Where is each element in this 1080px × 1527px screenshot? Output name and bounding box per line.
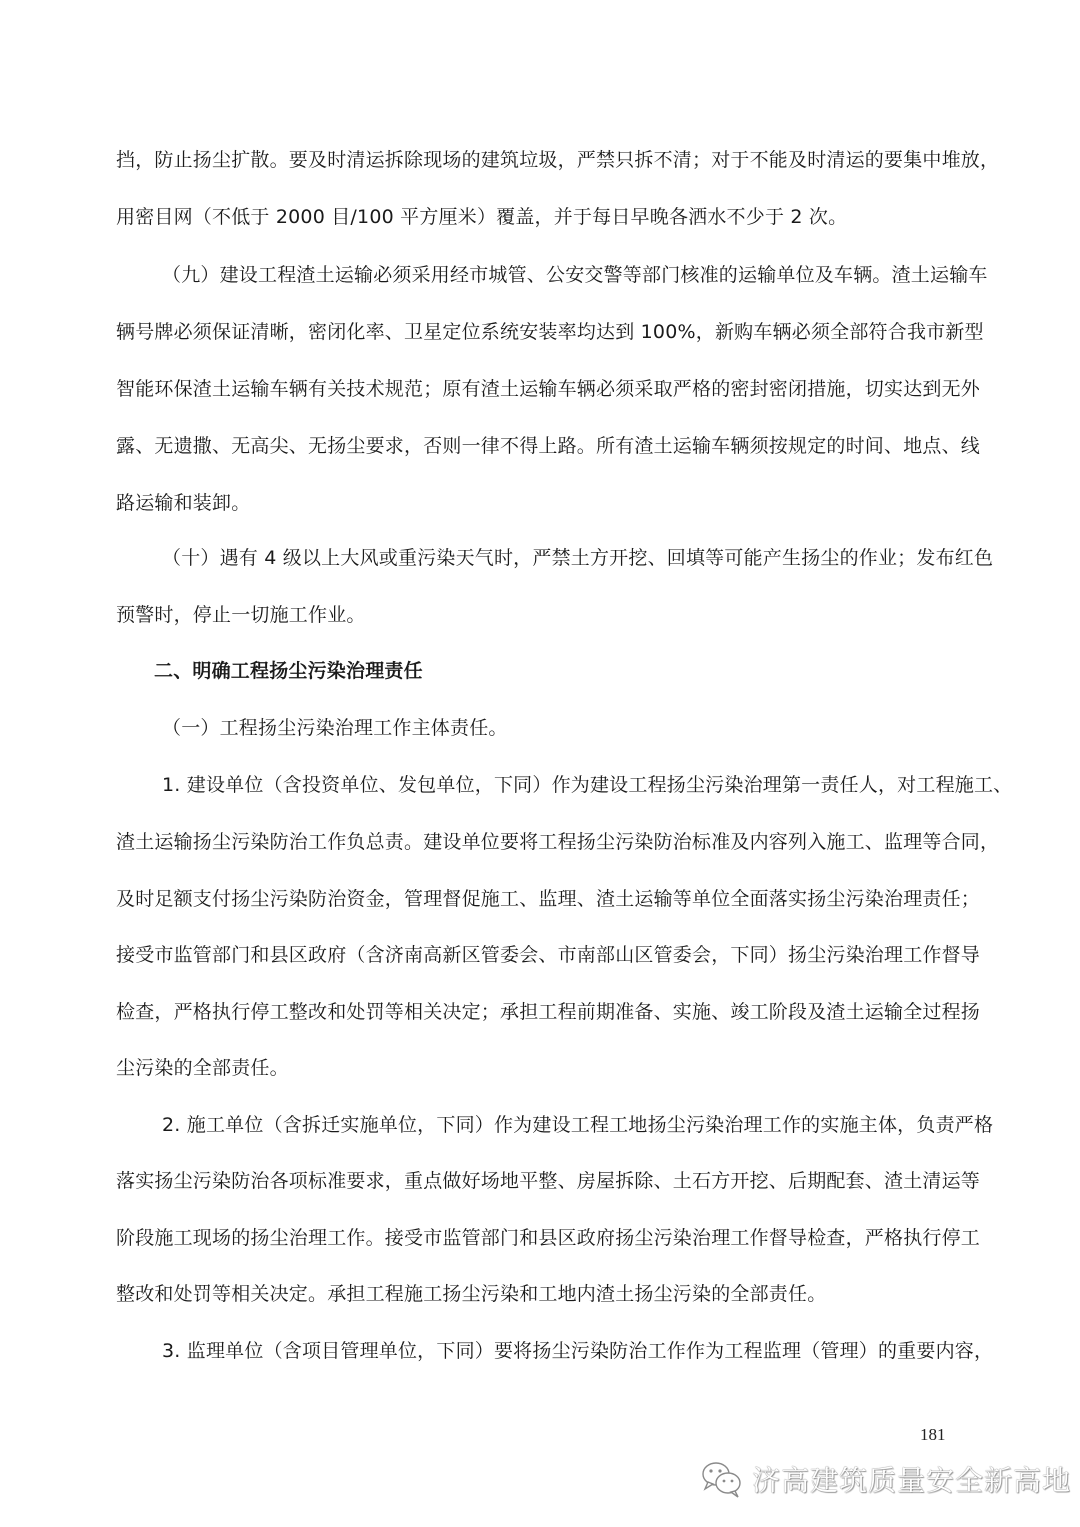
paragraph-start-line: 2. 施工单位（含拆迁实施单位，下同）作为建设工程工地扬尘污染治理工作的实施主体…: [162, 1112, 1026, 1138]
subsection-heading: （一）工程扬尘污染治理工作主体责任。: [162, 715, 1026, 741]
page-number: 181: [920, 1425, 946, 1445]
text-line: 用密目网（不低于 2000 目/100 平方厘米）覆盖，并于每日早晚各洒水不少于…: [116, 204, 980, 230]
text-line: 落实扬尘污染防治各项标准要求，重点做好场地平整、房屋拆除、土石方开挖、后期配套、…: [116, 1168, 980, 1194]
watermark: 济高建筑质量安全新高地: [700, 1457, 1071, 1501]
text-line: 智能环保渣土运输车辆有关技术规范；原有渣土运输车辆必须采取严格的密封密闭措施，切…: [116, 376, 980, 402]
wechat-icon: [700, 1459, 744, 1499]
watermark-text: 济高建筑质量安全新高地: [752, 1459, 1071, 1499]
paragraph-start-line: 1. 建设单位（含投资单位、发包单位，下同）作为建设工程扬尘污染治理第一责任人，…: [162, 772, 1026, 798]
section-heading: 二、明确工程扬尘污染治理责任: [154, 658, 1018, 684]
document-page: 挡，防止扬尘扩散。要及时清运拆除现场的建筑垃圾，严禁只拆不清；对于不能及时清运的…: [0, 0, 1080, 1527]
paragraph-start-line: （九）建设工程渣土运输必须采用经市城管、公安交警等部门核准的运输单位及车辆。渣土…: [162, 262, 1026, 288]
text-line: 露、无遗撒、无高尖、无扬尘要求，否则一律不得上路。所有渣土运输车辆须按规定的时间…: [116, 433, 980, 459]
text-line: 阶段施工现场的扬尘治理工作。接受市监管部门和县区政府扬尘污染治理工作督导检查，严…: [116, 1225, 980, 1251]
text-line: 辆号牌必须保证清晰，密闭化率、卫星定位系统安装率均达到 100%，新购车辆必须全…: [116, 319, 980, 345]
text-line: 整改和处罚等相关决定。承担工程施工扬尘污染和工地内渣土扬尘污染的全部责任。: [116, 1281, 980, 1307]
text-line: 及时足额支付扬尘污染防治资金，管理督促施工、监理、渣土运输等单位全面落实扬尘污染…: [116, 886, 980, 912]
text-line: 路运输和装卸。: [116, 490, 980, 516]
text-line: 预警时，停止一切施工作业。: [116, 602, 980, 628]
paragraph-start-line: 3. 监理单位（含项目管理单位，下同）要将扬尘污染防治工作作为工程监理（管理）的…: [162, 1338, 1026, 1364]
paragraph-start-line: （十）遇有 4 级以上大风或重污染天气时，严禁土方开挖、回填等可能产生扬尘的作业…: [162, 545, 1026, 571]
text-line: 尘污染的全部责任。: [116, 1055, 980, 1081]
text-line: 检查，严格执行停工整改和处罚等相关决定；承担工程前期准备、实施、竣工阶段及渣土运…: [116, 999, 980, 1025]
text-line: 挡，防止扬尘扩散。要及时清运拆除现场的建筑垃圾，严禁只拆不清；对于不能及时清运的…: [116, 147, 980, 173]
text-line: 渣土运输扬尘污染防治工作负总责。建设单位要将工程扬尘污染防治标准及内容列入施工、…: [116, 829, 980, 855]
text-line: 接受市监管部门和县区政府（含济南高新区管委会、市南部山区管委会，下同）扬尘污染治…: [116, 942, 980, 968]
